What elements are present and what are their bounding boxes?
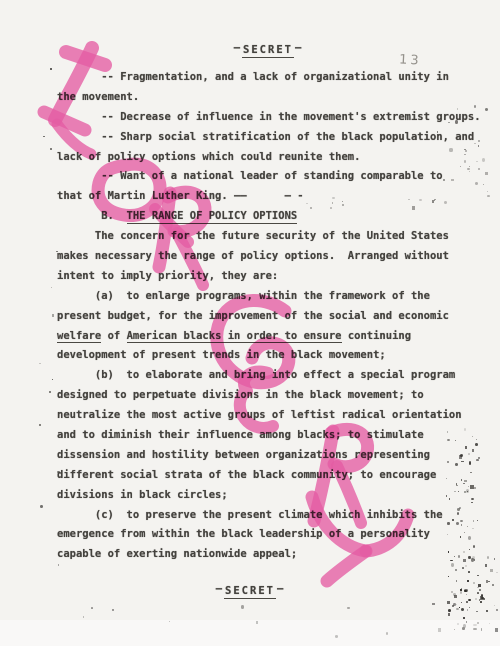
text-segment: of <box>101 330 126 342</box>
classification-footer: —SECRET— <box>0 585 500 597</box>
noise-speckle <box>52 314 55 317</box>
text-segment: -- Fragmentation, and a lack of organiza… <box>101 71 449 83</box>
noise-speckle <box>487 556 490 559</box>
noise-speckle <box>483 184 484 185</box>
text-segment: present budget, for the improvement of t… <box>57 310 449 322</box>
text-segment: neutralize the most active groups of lef… <box>57 409 462 421</box>
header-dash-left: — <box>234 42 241 54</box>
document-line: (b) to elaborate and bring into effect a… <box>57 366 477 386</box>
noise-speckle <box>496 609 498 611</box>
noise-speckle <box>91 607 93 609</box>
noise-speckle <box>478 168 480 170</box>
noise-speckle <box>457 623 459 625</box>
noise-speckle <box>462 567 465 569</box>
text-segment: -- Decrease of influence in the movement… <box>101 111 480 123</box>
noise-speckle <box>477 622 479 624</box>
classification-header: —SECRET— <box>0 44 500 56</box>
noise-speckle <box>461 608 464 611</box>
underlined-text: welfare <box>57 330 101 344</box>
document-line: neutralize the most active groups of lef… <box>57 406 477 426</box>
document-line: different social strata of the black com… <box>57 466 477 486</box>
text-segment: divisions in black circles; <box>57 489 228 501</box>
document-line: makes necessary the range of policy opti… <box>57 247 477 267</box>
noise-speckle <box>462 627 465 630</box>
text-segment: the movement. <box>57 91 139 103</box>
text-segment: The concern for the future security of t… <box>95 230 449 242</box>
document-line: and to diminish their influence among bl… <box>57 426 477 446</box>
noise-speckle <box>456 608 459 610</box>
noise-speckle <box>52 379 54 380</box>
noise-speckle <box>169 621 170 623</box>
noise-speckle <box>452 605 454 607</box>
document-line: B. THE RANGE OF POLICY OPTIONS <box>57 207 477 227</box>
noise-speckle <box>467 609 468 611</box>
text-segment: lack of policy options which could reuni… <box>57 151 360 163</box>
noise-speckle <box>112 609 114 611</box>
document-line: dissension and hostility between organiz… <box>57 446 477 466</box>
noise-speckle <box>476 611 477 612</box>
text-segment: makes necessary the range of policy opti… <box>57 250 449 262</box>
classification-header-text: SECRET <box>242 44 294 58</box>
noise-speckle <box>50 148 52 150</box>
document-line: designed to perpetuate divisions in the … <box>57 386 477 406</box>
noise-speckle <box>43 136 44 137</box>
noise-speckle <box>466 601 468 603</box>
noise-speckle <box>432 603 435 605</box>
footer-dash-right: — <box>277 583 284 595</box>
noise-speckle <box>495 628 498 632</box>
noise-speckle <box>454 629 455 630</box>
noise-speckle <box>473 582 475 584</box>
document-line: divisions in black circles; <box>57 486 477 506</box>
noise-speckle <box>494 605 495 606</box>
text-segment: -- Want of a national leader of standing… <box>101 170 442 182</box>
noise-speckle <box>486 610 488 611</box>
noise-speckle <box>40 505 43 508</box>
text-segment: and to diminish their influence among bl… <box>57 429 424 441</box>
text-segment: designed to perpetuate divisions in the … <box>57 389 424 401</box>
noise-speckle <box>481 628 483 630</box>
text-segment: dissension and hostility between organiz… <box>57 449 430 461</box>
underlined-text: THE RANGE OF POLICY OPTIONS <box>127 210 298 224</box>
noise-speckle <box>468 571 470 573</box>
document-line: the movement. <box>57 88 477 108</box>
noise-speckle <box>448 613 450 616</box>
document-line: intent to imply priority, they are: <box>57 267 477 287</box>
noise-speckle <box>482 158 485 162</box>
noise-speckle <box>478 140 480 143</box>
noise-speckle <box>488 581 490 582</box>
document-line: The concern for the future security of t… <box>57 227 477 247</box>
noise-speckle <box>469 607 470 608</box>
text-segment: -- Sharp social stratification of the bl… <box>101 131 474 143</box>
document-line: lack of policy options which could reuni… <box>57 148 477 168</box>
noise-speckle <box>386 632 388 635</box>
noise-speckle <box>456 604 457 605</box>
document-line: that of Martin Luther King. —— — - <box>57 187 477 207</box>
document-line: development of present trends in the bla… <box>57 346 477 366</box>
text-segment: (b) to elaborate and bring into effect a… <box>95 369 455 381</box>
noise-speckle <box>480 601 481 603</box>
classification-footer-text: SECRET <box>224 585 276 599</box>
noise-speckle <box>83 616 84 618</box>
document-line: present budget, for the improvement of t… <box>57 307 477 327</box>
text-segment: continuing <box>342 330 412 342</box>
text-segment: (a) to enlarge programs, within the fram… <box>95 290 430 302</box>
text-segment: intent to imply priority, they are: <box>57 270 278 282</box>
noise-speckle <box>475 598 478 600</box>
noise-speckle <box>487 191 488 192</box>
handwritten-page-number: 13 <box>399 52 422 68</box>
noise-speckle <box>455 569 457 571</box>
noise-speckle <box>461 602 462 603</box>
noise-speckle <box>494 558 495 560</box>
noise-speckle <box>483 598 486 601</box>
text-segment: different social strata of the black com… <box>57 469 436 481</box>
noise-speckle <box>478 457 480 459</box>
text-segment: capable of exerting nationwide appeal; <box>57 548 297 560</box>
noise-speckle <box>447 601 450 604</box>
noise-speckle <box>335 635 338 638</box>
text-segment: B. <box>101 210 126 222</box>
noise-speckle <box>469 599 471 601</box>
noise-speckle <box>496 572 498 574</box>
document-line: -- Decrease of influence in the movement… <box>57 108 477 128</box>
noise-speckle <box>456 580 457 581</box>
noise-speckle <box>467 580 469 582</box>
text-segment: that of Martin Luther King. —— — - <box>57 190 304 202</box>
noise-speckle <box>479 599 480 600</box>
noise-speckle <box>463 624 466 628</box>
noise-speckle <box>463 617 465 619</box>
noise-speckle <box>448 576 449 577</box>
noise-speckle <box>485 172 488 175</box>
text-segment: (c) to preserve the present climate whic… <box>95 509 443 521</box>
noise-speckle <box>51 287 52 289</box>
noise-speckle <box>256 621 258 623</box>
noise-speckle <box>485 564 487 566</box>
document-line: (c) to preserve the present climate whic… <box>57 506 477 526</box>
noise-speckle <box>473 624 476 627</box>
noise-speckle <box>473 628 476 630</box>
noise-speckle <box>347 607 349 608</box>
noise-speckle <box>39 363 41 364</box>
noise-speckle <box>459 607 460 609</box>
noise-speckle <box>49 391 51 393</box>
text-segment: emergence from within the black leadersh… <box>57 528 430 540</box>
document-line: -- Want of a national leader of standing… <box>57 167 477 187</box>
noise-speckle <box>490 569 492 572</box>
noise-speckle <box>466 621 467 623</box>
scanned-document-page: —SECRET— 13 -- Fragmentation, and a lack… <box>0 0 500 646</box>
document-line: emergence from within the black leadersh… <box>57 525 477 545</box>
noise-speckle <box>477 575 479 576</box>
underlined-text: American blacks in order to ensure <box>127 330 342 344</box>
noise-speckle <box>486 580 489 583</box>
noise-speckle <box>50 68 52 70</box>
noise-speckle <box>241 605 244 608</box>
noise-speckle <box>485 108 488 111</box>
footer-dash-left: — <box>216 583 223 595</box>
noise-speckle <box>438 628 441 632</box>
noise-speckle <box>478 145 480 147</box>
noise-speckle <box>39 424 41 426</box>
document-body: -- Fragmentation, and a lack of organiza… <box>57 68 477 565</box>
document-line: -- Fragmentation, and a lack of organiza… <box>57 68 477 88</box>
document-line: (a) to enlarge programs, within the fram… <box>57 287 477 307</box>
document-line: -- Sharp social stratification of the bl… <box>57 128 477 148</box>
noise-speckle <box>448 609 451 612</box>
noise-speckle <box>489 623 490 624</box>
text-segment: development of present trends in the bla… <box>57 349 386 361</box>
header-dash-right: — <box>295 42 302 54</box>
document-line: welfare of American blacks in order to e… <box>57 327 477 347</box>
noise-speckle <box>453 603 455 606</box>
noise-speckle <box>487 195 490 197</box>
document-line: capable of exerting nationwide appeal; <box>57 545 477 565</box>
noise-speckle <box>468 599 471 601</box>
